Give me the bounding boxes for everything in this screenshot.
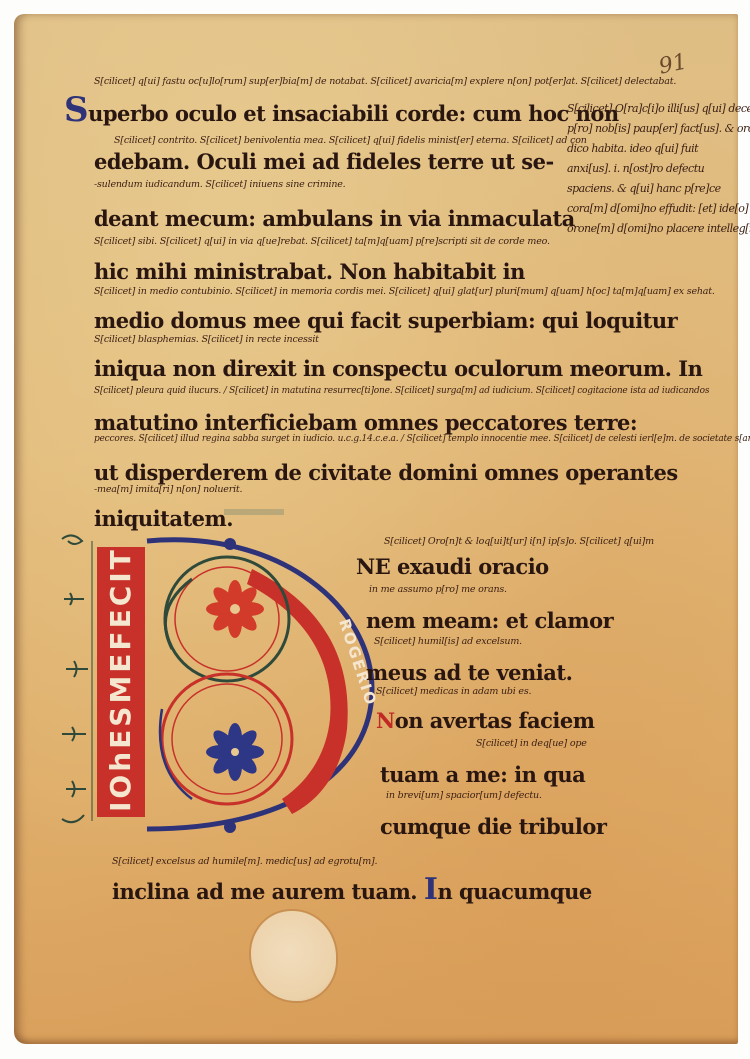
interlinear-gloss: S[cilicet] blasphemias. S[cilicet] in re… (94, 334, 319, 345)
text-line: meus ad te veniat. (366, 660, 572, 685)
interlinear-gloss: S[cilicet] contrito. S[cilicet] benivole… (114, 135, 587, 146)
text-line: iniquitatem. (94, 506, 233, 531)
marginal-gloss-line: p[ro] nob[is] paup[er] fact[us]. & oro (567, 122, 750, 135)
initial-d-illumination-icon: IOhESMEFECIT ROGERIO (52, 529, 377, 834)
text-line: matutino interficiebam omnes peccatores … (94, 410, 637, 435)
interlinear-gloss: S[cilicet] humil[is] ad excelsum. (374, 636, 522, 647)
interlinear-gloss: in brevi[um] spacior[um] defectu. (386, 790, 542, 801)
marginal-gloss-line: spaciens. & q[ui] hanc p[re]ce (567, 182, 721, 195)
marginal-gloss-line: S[cilicet] O[ra]c[i]o illi[us] q[ui] dec… (567, 102, 750, 115)
interlinear-gloss: S[cilicet] excelsus ad humile[m]. medic[… (112, 856, 377, 867)
text-line: deant mecum: ambulans in via inmaculata (94, 206, 575, 231)
text-line: cumque die tribulor (380, 814, 606, 839)
svg-text:IOhESMEFECIT: IOhESMEFECIT (104, 547, 137, 812)
marginal-gloss-line: dico habita. ideo q[ui] fuit (567, 142, 698, 155)
text-line: ut disperderem de civitate domini omnes … (94, 460, 678, 485)
interlinear-gloss: -mea[m] imita[ri] n[on] noluerit. (94, 484, 242, 495)
text-line: NE exaudi oracio (356, 554, 549, 579)
initial-i: I (424, 872, 438, 907)
text-line: iniqua non direxit in conspectu oculorum… (94, 356, 702, 381)
interlinear-gloss: S[cilicet] pleura quid ilucurs. / S[cili… (94, 386, 709, 396)
text-line: nem meam: et clamor (366, 608, 613, 633)
manuscript-page: 91 S[cilicet] q[ui] fastu oc[u]lo[rum] s… (14, 14, 738, 1044)
text-line: Non avertas faciem (376, 708, 594, 733)
initial-s: S (64, 90, 88, 130)
interlinear-gloss: S[cilicet] q[ui] fastu oc[u]lo[rum] sup[… (94, 76, 676, 87)
marginal-gloss-line: anxi[us]. i. n[ost]ro defectu (567, 162, 704, 175)
interlinear-gloss: -sulendum iudicandum. S[cilicet] iniuens… (94, 179, 346, 190)
text-line: tuam a me: in qua (380, 762, 585, 787)
interlinear-gloss: S[cilicet] medicas in adam ubi es. (376, 686, 531, 697)
text-line: edebam. Oculi mei ad fideles terre ut se… (94, 149, 554, 174)
text-line: SSuperbo oculo et insaciabili corde: cum… (64, 90, 619, 130)
interlinear-gloss: S[cilicet] in medio contubinio. S[cilice… (94, 286, 715, 297)
interlinear-gloss: in me assumo p[ro] me orans. (369, 584, 507, 595)
interlinear-gloss: S[cilicet] Oro[n]t & loq[ui]t[ur] i[n] i… (384, 536, 654, 547)
illuminated-initial-d: IOhESMEFECIT ROGERIO (52, 529, 377, 834)
text-line: hic mihi ministrabat. Non habitabit in (94, 259, 525, 284)
interlinear-gloss: S[cilicet] in deq[ue] ope (476, 738, 587, 749)
interlinear-gloss: S[cilicet] sibi. S[cilicet] q[ui] in via… (94, 236, 550, 247)
marginal-gloss-line: cora[m] d[omi]no effudit: [et] ide[o] ha… (567, 202, 750, 215)
marginal-gloss-line: orone[m] d[omi]no placere intelleg[it]. (567, 222, 750, 235)
interlinear-gloss: peccores. S[cilicet] illud regina sabba … (94, 434, 750, 444)
parchment-stain (251, 911, 336, 1001)
text-line: medio domus mee qui facit superbiam: qui… (94, 308, 677, 333)
text-line: inclina ad me aurem tuam. In quacumque (112, 872, 592, 907)
initial-n: N (376, 708, 395, 733)
